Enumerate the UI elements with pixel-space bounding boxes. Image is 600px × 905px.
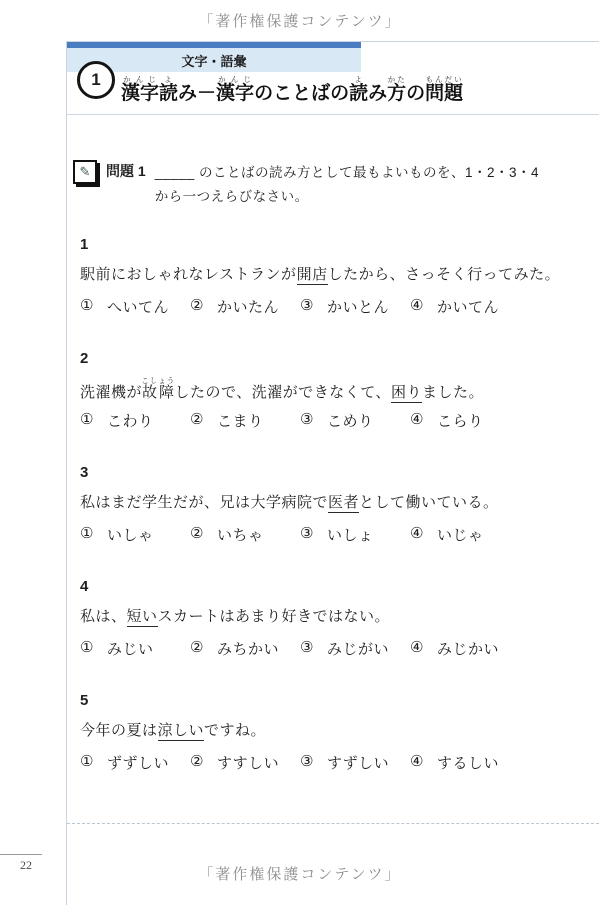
- answer-option: ③いしょ: [300, 524, 410, 545]
- question-list: 1駅前におしゃれなレストランが開店したから、さっそく行ってみた。①へいてん②かい…: [67, 236, 599, 773]
- text-segment: み－: [178, 83, 216, 104]
- ruby-text: 方かた: [387, 83, 406, 104]
- option-text: かいてん: [437, 296, 499, 317]
- ruby-text: 読よ: [159, 83, 178, 104]
- answer-option: ③こめり: [300, 410, 410, 431]
- option-text: いちゃ: [217, 524, 264, 545]
- question-number: 1: [80, 236, 599, 253]
- problem-instruction: ✎ 問題 1 _____ のことばの読み方として最もよいものを、1・2・3・4 …: [73, 159, 589, 208]
- option-marker: ④: [410, 296, 424, 317]
- option-marker: ④: [410, 752, 424, 773]
- question-number: 3: [80, 464, 599, 481]
- text-segment: 私は、: [80, 608, 127, 625]
- answer-option: ①へいてん: [80, 296, 190, 317]
- option-marker: ②: [190, 524, 204, 545]
- option-marker: ②: [190, 752, 204, 773]
- answer-option: ②すすしい: [190, 752, 300, 773]
- option-text: すずしい: [327, 752, 389, 773]
- question-block: 2洗濯機が故障こしょうしたので、洗濯ができなくて、困りました。①こわり②こまり③…: [80, 350, 599, 431]
- underlined-word: 医者: [328, 494, 359, 513]
- text-segment: のことばの: [254, 83, 349, 104]
- copyright-footer-stamp: 「著作権保護コンテンツ」: [0, 863, 600, 884]
- option-marker: ①: [80, 410, 94, 431]
- option-text: いしゃ: [107, 524, 154, 545]
- ruby-text: 問題もんだい: [425, 83, 463, 104]
- option-marker: ④: [410, 638, 424, 659]
- option-text: いしょ: [327, 524, 374, 545]
- text-segment: の: [406, 83, 425, 104]
- answer-option: ④するしい: [410, 752, 520, 773]
- options-row: ①いしゃ②いちゃ③いしょ④いじゃ: [80, 524, 599, 545]
- instruction-line-2: から一つえらびなさい。: [155, 185, 539, 209]
- problem-instruction-text: _____ のことばの読み方として最もよいものを、1・2・3・4 から一つえらび…: [155, 161, 539, 208]
- section-divider-dashed: [67, 823, 599, 824]
- option-text: みじかい: [437, 638, 499, 659]
- question-sentence: 駅前におしゃれなレストランが開店したから、さっそく行ってみた。: [80, 262, 599, 288]
- ruby-text: 漢字かんじ: [216, 83, 254, 104]
- option-marker: ③: [300, 296, 314, 317]
- option-text: ずずしい: [107, 752, 169, 773]
- text-segment: 今年の夏は: [80, 722, 158, 739]
- option-text: みじい: [107, 638, 154, 659]
- answer-option: ①ずずしい: [80, 752, 190, 773]
- ruby-text: 読よ: [349, 83, 368, 104]
- option-marker: ①: [80, 638, 94, 659]
- section-number: 1: [91, 70, 100, 90]
- answer-option: ②みちかい: [190, 638, 300, 659]
- text-segment: 私はまだ学生だが、兄は大学病院で: [80, 494, 328, 511]
- content-area: 文字・語彙 1 漢字かんじ読よみ－漢字かんじのことばの読よみ方かたの問題もんだい…: [66, 41, 599, 905]
- option-marker: ①: [80, 296, 94, 317]
- option-text: こらり: [437, 410, 484, 431]
- question-sentence: 洗濯機が故障こしょうしたので、洗濯ができなくて、困りました。: [80, 376, 599, 402]
- option-marker: ③: [300, 752, 314, 773]
- lesson-title: 漢字かんじ読よみ－漢字かんじのことばの読よみ方かたの問題もんだい: [121, 75, 463, 106]
- answer-option: ①こわり: [80, 410, 190, 431]
- text-segment: 駅前におしゃれなレストランが: [80, 266, 297, 283]
- option-text: かいたん: [217, 296, 279, 317]
- answer-option: ②いちゃ: [190, 524, 300, 545]
- option-text: するしい: [437, 752, 499, 773]
- option-marker: ④: [410, 410, 424, 431]
- text-segment: ですね。: [204, 722, 266, 739]
- option-text: すすしい: [217, 752, 279, 773]
- text-segment: み: [368, 83, 387, 104]
- pencil-icon: ✎: [73, 160, 97, 184]
- underlined-word: 涼しい: [158, 722, 205, 741]
- option-text: かいとん: [327, 296, 389, 317]
- question-sentence: 私は、短いスカートはあまり好きではない。: [80, 604, 599, 630]
- answer-option: ①みじい: [80, 638, 190, 659]
- answer-option: ④かいてん: [410, 296, 520, 317]
- section-number-badge: 1: [77, 61, 115, 99]
- option-text: こわり: [107, 410, 154, 431]
- text-segment: として働いている。: [359, 494, 499, 511]
- problem-label: 問題 1: [106, 161, 146, 181]
- answer-option: ②かいたん: [190, 296, 300, 317]
- ruby-text: 漢字かんじ: [121, 83, 159, 104]
- question-sentence: 私はまだ学生だが、兄は大学病院で医者として働いている。: [80, 490, 599, 516]
- answer-option: ③すずしい: [300, 752, 410, 773]
- question-number: 4: [80, 578, 599, 595]
- options-row: ①みじい②みちかい③みじがい④みじかい: [80, 638, 599, 659]
- underlined-word: 困り: [391, 384, 422, 403]
- option-marker: ③: [300, 524, 314, 545]
- answer-option: ④いじゃ: [410, 524, 520, 545]
- underlined-word: 短い: [127, 608, 158, 627]
- question-number: 2: [80, 350, 599, 367]
- options-row: ①へいてん②かいたん③かいとん④かいてん: [80, 296, 599, 317]
- answer-option: ①いしゃ: [80, 524, 190, 545]
- text-segment: したから、さっそく行ってみた。: [328, 266, 561, 283]
- text-segment: スカートはあまり好きではない。: [158, 608, 391, 625]
- question-block: 3私はまだ学生だが、兄は大学病院で医者として働いている。①いしゃ②いちゃ③いしょ…: [80, 464, 599, 545]
- options-row: ①こわり②こまり③こめり④こらり: [80, 410, 599, 431]
- option-marker: ①: [80, 752, 94, 773]
- section-tab-label: 文字・語彙: [181, 51, 246, 70]
- question-block: 1駅前におしゃれなレストランが開店したから、さっそく行ってみた。①へいてん②かい…: [80, 236, 599, 317]
- ruby-text: 故障こしょう: [142, 384, 175, 401]
- text-segment: ました。: [422, 384, 484, 401]
- copyright-header-stamp: 「著作権保護コンテンツ」: [0, 10, 600, 31]
- option-text: みちかい: [217, 638, 279, 659]
- answer-option: ④こらり: [410, 410, 520, 431]
- answer-option: ②こまり: [190, 410, 300, 431]
- lesson-header: 文字・語彙 1 漢字かんじ読よみ－漢字かんじのことばの読よみ方かたの問題もんだい: [67, 42, 599, 115]
- option-text: いじゃ: [437, 524, 484, 545]
- option-marker: ①: [80, 524, 94, 545]
- text-segment: したので、洗濯ができなくて、: [175, 384, 391, 401]
- option-text: こまり: [217, 410, 264, 431]
- option-marker: ②: [190, 410, 204, 431]
- option-marker: ②: [190, 296, 204, 317]
- answer-option: ③かいとん: [300, 296, 410, 317]
- option-text: へいてん: [107, 296, 169, 317]
- answer-option: ③みじがい: [300, 638, 410, 659]
- instruction-line-1: _____ のことばの読み方として最もよいものを、1・2・3・4: [155, 161, 539, 185]
- option-text: こめり: [327, 410, 374, 431]
- text-segment: 洗濯機が: [80, 384, 142, 401]
- option-marker: ②: [190, 638, 204, 659]
- question-sentence: 今年の夏は涼しいですね。: [80, 718, 599, 744]
- page-number-rule: [0, 854, 42, 855]
- question-block: 5今年の夏は涼しいですね。①ずずしい②すすしい③すずしい④するしい: [80, 692, 599, 773]
- option-marker: ③: [300, 410, 314, 431]
- question-block: 4私は、短いスカートはあまり好きではない。①みじい②みちかい③みじがい④みじかい: [80, 578, 599, 659]
- options-row: ①ずずしい②すすしい③すずしい④するしい: [80, 752, 599, 773]
- question-number: 5: [80, 692, 599, 709]
- underlined-word: 開店: [297, 266, 328, 285]
- answer-option: ④みじかい: [410, 638, 520, 659]
- option-marker: ③: [300, 638, 314, 659]
- option-text: みじがい: [327, 638, 389, 659]
- option-marker: ④: [410, 524, 424, 545]
